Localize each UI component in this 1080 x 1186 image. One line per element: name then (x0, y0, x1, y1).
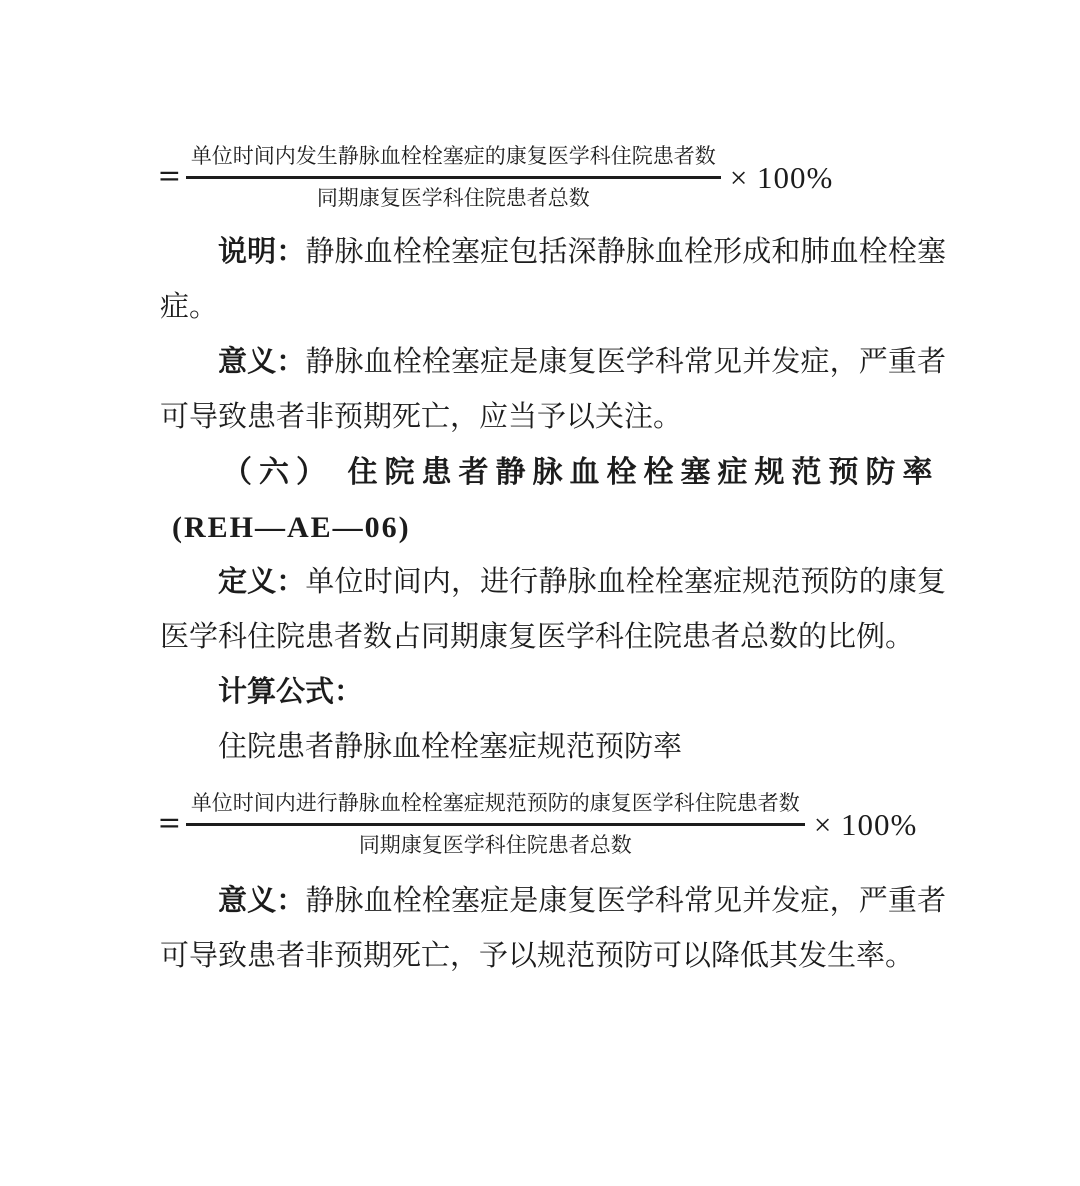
incidence-fraction-numerator: 单位时间内发生静脉血栓栓塞症的康复医学科住院患者数 (186, 140, 721, 179)
significance-paragraph-2: 意义：静脉血栓栓塞症是康复医学科常见并发症，严重者可导致患者非预期死亡，予以规范… (160, 874, 946, 984)
section-heading: （六） 住院患者静脉血栓栓塞症规范预防率 (REH—AE—06) (160, 445, 946, 555)
times-100-percent: × 100% (730, 162, 834, 193)
note-label: 说明： (218, 236, 305, 268)
vte-incidence-formula: = 单位时间内发生静脉血栓栓塞症的康复医学科住院患者数 同期康复医学科住院患者总… (160, 140, 946, 215)
indicator-name-line: 住院患者静脉血栓栓塞症规范预防率 (160, 720, 946, 775)
page-content: = 单位时间内发生静脉血栓栓塞症的康复医学科住院患者数 同期康复医学科住院患者总… (160, 0, 946, 984)
significance-2-label: 意义： (218, 885, 305, 917)
section-heading-code: (REH—AE—06) (160, 500, 946, 555)
formula-caption-label: 计算公式： (218, 676, 363, 708)
document-page: = 单位时间内发生静脉血栓栓塞症的康复医学科住院患者数 同期康复医学科住院患者总… (0, 0, 1080, 1186)
indicator-name-text: 住院患者静脉血栓栓塞症规范预防率 (218, 731, 682, 763)
prevention-fraction-numerator: 单位时间内进行静脉血栓栓塞症规范预防的康复医学科住院患者数 (186, 787, 805, 826)
section-heading-title: （六） 住院患者静脉血栓栓塞症规范预防率 (160, 445, 946, 500)
incidence-fraction: 单位时间内发生静脉血栓栓塞症的康复医学科住院患者数 同期康复医学科住院患者总数 (186, 140, 721, 215)
equals-sign: = (159, 808, 181, 841)
definition-paragraph: 定义：单位时间内，进行静脉血栓栓塞症规范预防的康复医学科住院患者数占同期康复医学… (160, 555, 946, 665)
formula-caption: 计算公式： (160, 665, 946, 720)
note-paragraph: 说明：静脉血栓栓塞症包括深静脉血栓形成和肺血栓栓塞症。 (160, 225, 946, 335)
definition-label: 定义： (218, 566, 305, 598)
prevention-fraction-denominator: 同期康复医学科住院患者总数 (186, 826, 805, 862)
significance-paragraph-1: 意义：静脉血栓栓塞症是康复医学科常见并发症，严重者可导致患者非预期死亡，应当予以… (160, 335, 946, 445)
vte-prevention-formula: = 单位时间内进行静脉血栓栓塞症规范预防的康复医学科住院患者数 同期康复医学科住… (160, 787, 946, 862)
times-100-percent: × 100% (814, 809, 918, 840)
significance-1-label: 意义： (218, 346, 305, 378)
incidence-fraction-denominator: 同期康复医学科住院患者总数 (186, 179, 721, 215)
equals-sign: = (159, 161, 181, 194)
prevention-fraction: 单位时间内进行静脉血栓栓塞症规范预防的康复医学科住院患者数 同期康复医学科住院患… (186, 787, 805, 862)
